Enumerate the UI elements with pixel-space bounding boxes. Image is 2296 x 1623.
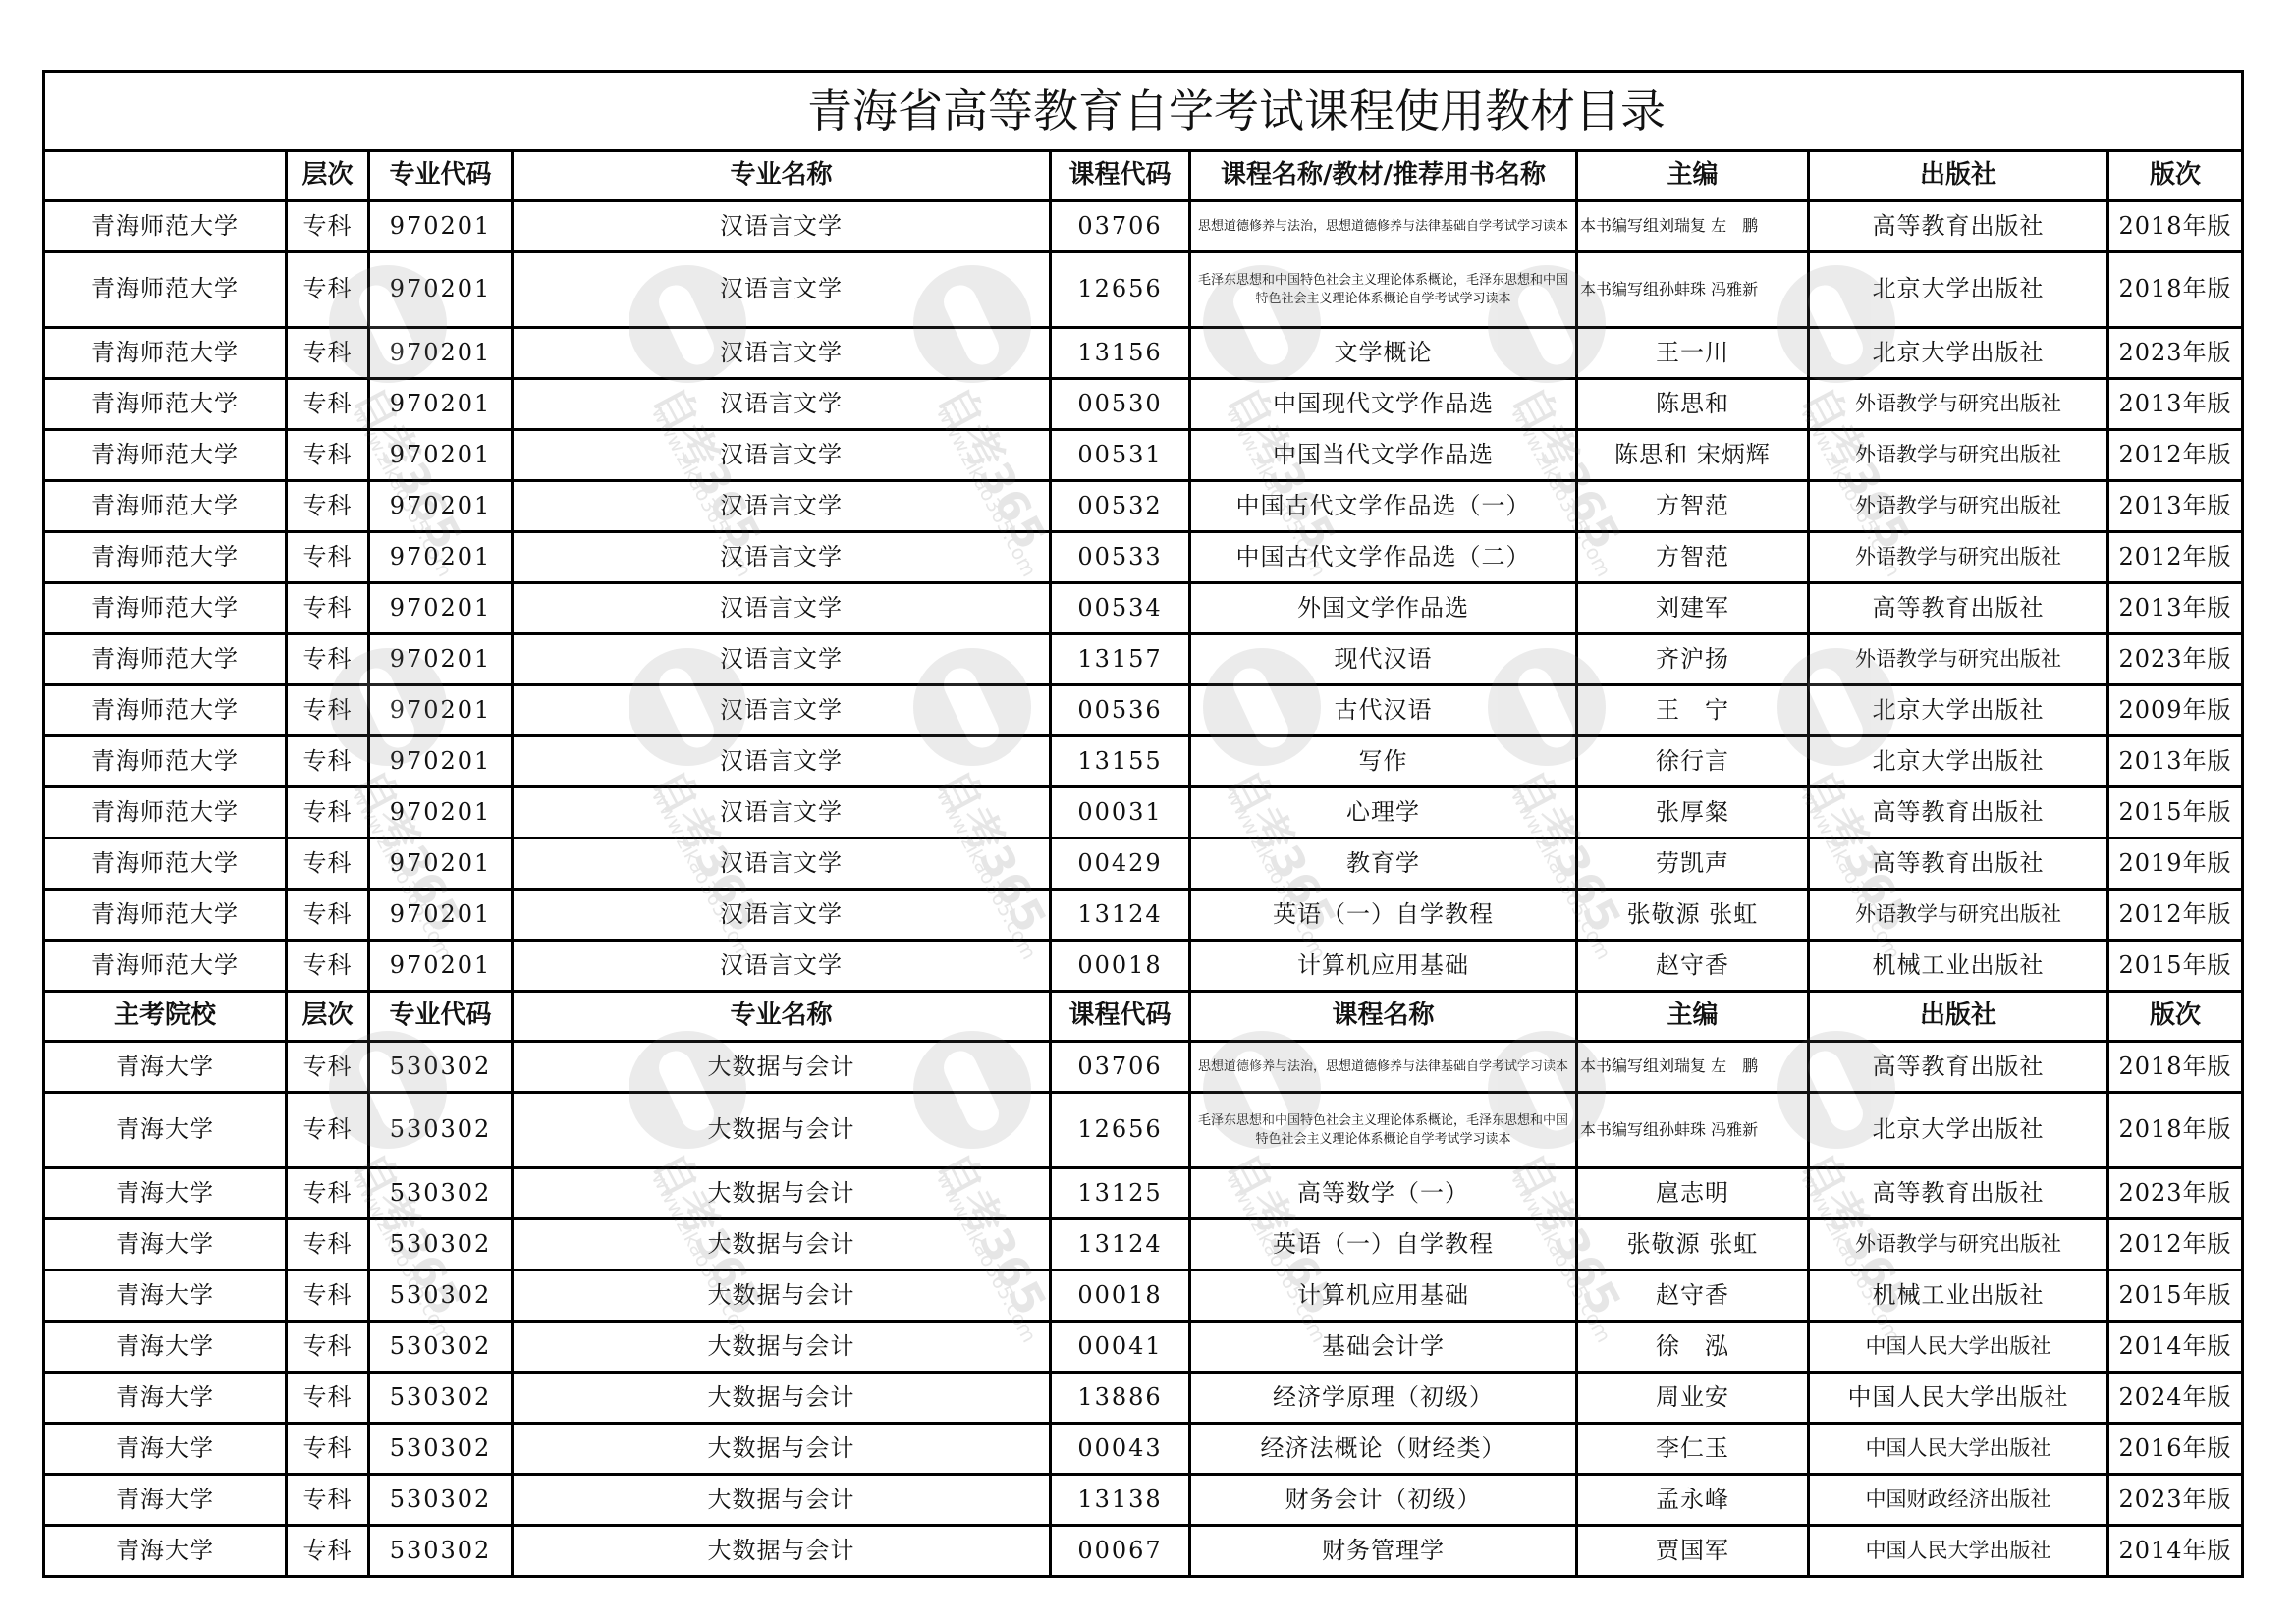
header-publisher: 出版社: [1809, 151, 2108, 201]
publisher-cell: 外语教学与研究出版社: [1809, 532, 2108, 583]
publisher-cell: 中国人民大学出版社: [1809, 1322, 2108, 1373]
major-code-cell: 530302: [369, 1424, 513, 1475]
header-course-name: 课程名称/教材/推荐用书名称: [1190, 151, 1577, 201]
major-code-cell: 530302: [369, 1042, 513, 1093]
major-code-cell: 530302: [369, 1219, 513, 1271]
header-course-code: 课程代码: [1051, 151, 1190, 201]
table-row: 青海师范大学专科970201汉语言文学00531中国当代文学作品选陈思和 宋炳辉…: [44, 430, 2243, 481]
school-cell: 青海师范大学: [44, 430, 287, 481]
level-cell: 专科: [287, 379, 369, 430]
header2-school: 主考院校: [44, 992, 287, 1042]
school-cell: 青海师范大学: [44, 328, 287, 379]
editor-cell: 王一川: [1577, 328, 1809, 379]
publisher-cell: 中国人民大学出版社: [1809, 1526, 2108, 1577]
table-row: 青海师范大学专科970201汉语言文学13156文学概论王一川北京大学出版社20…: [44, 328, 2243, 379]
editor-cell: 劳凯声: [1577, 839, 1809, 890]
course-name-cell: 基础会计学: [1190, 1322, 1577, 1373]
course-name-cell: 中国古代文学作品选（二）: [1190, 532, 1577, 583]
course-code-cell: 00018: [1051, 941, 1190, 992]
course-code-cell: 00031: [1051, 787, 1190, 839]
editor-cell: 周业安: [1577, 1373, 1809, 1424]
major-code-cell: 970201: [369, 430, 513, 481]
major-name-cell: 汉语言文学: [513, 890, 1051, 941]
edition-cell: 2018年版: [2108, 201, 2243, 252]
course-name-cell: 毛泽东思想和中国特色社会主义理论体系概论，毛泽东思想和中国特色社会主义理论体系概…: [1190, 252, 1577, 328]
level-cell: 专科: [287, 634, 369, 685]
edition-cell: 2013年版: [2108, 736, 2243, 787]
major-name-cell: 大数据与会计: [513, 1322, 1051, 1373]
header2-edition: 版次: [2108, 992, 2243, 1042]
editor-cell: 方智范: [1577, 481, 1809, 532]
course-code-cell: 00041: [1051, 1322, 1190, 1373]
course-name-cell: 外国文学作品选: [1190, 583, 1577, 634]
course-code-cell: 13124: [1051, 1219, 1190, 1271]
editor-cell: 王 宁: [1577, 685, 1809, 736]
school-cell: 青海师范大学: [44, 201, 287, 252]
course-name-cell: 经济学原理（初级）: [1190, 1373, 1577, 1424]
major-name-cell: 汉语言文学: [513, 839, 1051, 890]
table-row: 青海大学专科530302大数据与会计12656毛泽东思想和中国特色社会主义理论体…: [44, 1093, 2243, 1168]
editor-cell: 李仁玉: [1577, 1424, 1809, 1475]
header-row-1: 层次 专业代码 专业名称 课程代码 课程名称/教材/推荐用书名称 主编 出版社 …: [44, 151, 2243, 201]
school-cell: 青海师范大学: [44, 583, 287, 634]
course-name-cell: 思想道德修养与法治，思想道德修养与法律基础自学考试学习读本: [1190, 201, 1577, 252]
school-cell: 青海大学: [44, 1093, 287, 1168]
school-cell: 青海师范大学: [44, 839, 287, 890]
school-cell: 青海大学: [44, 1042, 287, 1093]
school-cell: 青海大学: [44, 1322, 287, 1373]
header2-publisher: 出版社: [1809, 992, 2108, 1042]
course-code-cell: 03706: [1051, 201, 1190, 252]
major-code-cell: 530302: [369, 1271, 513, 1322]
table-row: 青海大学专科530302大数据与会计00041基础会计学徐 泓中国人民大学出版社…: [44, 1322, 2243, 1373]
table-row: 青海大学专科530302大数据与会计00043经济法概论（财经类）李仁玉中国人民…: [44, 1424, 2243, 1475]
edition-cell: 2012年版: [2108, 532, 2243, 583]
level-cell: 专科: [287, 328, 369, 379]
course-code-cell: 13124: [1051, 890, 1190, 941]
publisher-cell: 外语教学与研究出版社: [1809, 379, 2108, 430]
school-cell: 青海师范大学: [44, 685, 287, 736]
course-code-cell: 13157: [1051, 634, 1190, 685]
table-row: 青海大学专科530302大数据与会计13886经济学原理（初级）周业安中国人民大…: [44, 1373, 2243, 1424]
course-name-cell: 财务管理学: [1190, 1526, 1577, 1577]
course-name-cell: 英语（一）自学教程: [1190, 890, 1577, 941]
major-code-cell: 530302: [369, 1373, 513, 1424]
editor-cell: 徐行言: [1577, 736, 1809, 787]
publisher-cell: 高等教育出版社: [1809, 839, 2108, 890]
major-code-cell: 970201: [369, 379, 513, 430]
level-cell: 专科: [287, 532, 369, 583]
level-cell: 专科: [287, 890, 369, 941]
major-code-cell: 970201: [369, 941, 513, 992]
major-name-cell: 大数据与会计: [513, 1475, 1051, 1526]
level-cell: 专科: [287, 1322, 369, 1373]
major-code-cell: 970201: [369, 890, 513, 941]
course-code-cell: 00536: [1051, 685, 1190, 736]
header2-editor: 主编: [1577, 992, 1809, 1042]
course-name-cell: 心理学: [1190, 787, 1577, 839]
major-code-cell: 970201: [369, 583, 513, 634]
header2-course-code: 课程代码: [1051, 992, 1190, 1042]
table-row: 青海师范大学专科970201汉语言文学00031心理学张厚粲高等教育出版社201…: [44, 787, 2243, 839]
table-row: 青海大学专科530302大数据与会计13125高等数学（一）扈志明高等教育出版社…: [44, 1168, 2243, 1219]
course-name-cell: 毛泽东思想和中国特色社会主义理论体系概论，毛泽东思想和中国特色社会主义理论体系概…: [1190, 1093, 1577, 1168]
editor-cell: 赵守香: [1577, 941, 1809, 992]
school-cell: 青海师范大学: [44, 890, 287, 941]
publisher-cell: 北京大学出版社: [1809, 685, 2108, 736]
major-code-cell: 530302: [369, 1526, 513, 1577]
editor-cell: 孟永峰: [1577, 1475, 1809, 1526]
course-code-cell: 00043: [1051, 1424, 1190, 1475]
level-cell: 专科: [287, 1271, 369, 1322]
edition-cell: 2013年版: [2108, 481, 2243, 532]
school-cell: 青海师范大学: [44, 941, 287, 992]
editor-cell: 贾国军: [1577, 1526, 1809, 1577]
school-cell: 青海大学: [44, 1219, 287, 1271]
course-name-cell: 财务会计（初级）: [1190, 1475, 1577, 1526]
editor-cell: 张厚粲: [1577, 787, 1809, 839]
edition-cell: 2013年版: [2108, 379, 2243, 430]
editor-cell: 本书编写组刘瑞复 左 鹏: [1577, 1042, 1809, 1093]
major-code-cell: 970201: [369, 252, 513, 328]
major-code-cell: 970201: [369, 532, 513, 583]
publisher-cell: 北京大学出版社: [1809, 252, 2108, 328]
page-title: 青海省高等教育自学考试课程使用教材目录: [44, 72, 2243, 151]
major-name-cell: 汉语言文学: [513, 583, 1051, 634]
course-code-cell: 00067: [1051, 1526, 1190, 1577]
major-code-cell: 530302: [369, 1093, 513, 1168]
edition-cell: 2013年版: [2108, 583, 2243, 634]
edition-cell: 2015年版: [2108, 787, 2243, 839]
major-code-cell: 970201: [369, 839, 513, 890]
table-row: 青海师范大学专科970201汉语言文学12656毛泽东思想和中国特色社会主义理论…: [44, 252, 2243, 328]
course-code-cell: 13156: [1051, 328, 1190, 379]
major-name-cell: 汉语言文学: [513, 328, 1051, 379]
course-name-cell: 写作: [1190, 736, 1577, 787]
level-cell: 专科: [287, 685, 369, 736]
publisher-cell: 外语教学与研究出版社: [1809, 481, 2108, 532]
table-row: 青海师范大学专科970201汉语言文学00536古代汉语王 宁北京大学出版社20…: [44, 685, 2243, 736]
table-row: 青海师范大学专科970201汉语言文学00532中国古代文学作品选（一）方智范外…: [44, 481, 2243, 532]
edition-cell: 2023年版: [2108, 1168, 2243, 1219]
publisher-cell: 高等教育出版社: [1809, 583, 2108, 634]
course-name-cell: 思想道德修养与法治，思想道德修养与法律基础自学考试学习读本: [1190, 1042, 1577, 1093]
header-major-code: 专业代码: [369, 151, 513, 201]
edition-cell: 2019年版: [2108, 839, 2243, 890]
course-code-cell: 13125: [1051, 1168, 1190, 1219]
editor-cell: 齐沪扬: [1577, 634, 1809, 685]
school-cell: 青海师范大学: [44, 481, 287, 532]
publisher-cell: 机械工业出版社: [1809, 1271, 2108, 1322]
level-cell: 专科: [287, 839, 369, 890]
edition-cell: 2024年版: [2108, 1373, 2243, 1424]
major-code-cell: 530302: [369, 1475, 513, 1526]
major-name-cell: 汉语言文学: [513, 685, 1051, 736]
table-row: 青海师范大学专科970201汉语言文学00530中国现代文学作品选陈思和外语教学…: [44, 379, 2243, 430]
publisher-cell: 外语教学与研究出版社: [1809, 634, 2108, 685]
major-code-cell: 970201: [369, 685, 513, 736]
course-code-cell: 00429: [1051, 839, 1190, 890]
level-cell: 专科: [287, 1424, 369, 1475]
table-row: 青海师范大学专科970201汉语言文学13155写作徐行言北京大学出版社2013…: [44, 736, 2243, 787]
major-code-cell: 970201: [369, 634, 513, 685]
table-row: 青海师范大学专科970201汉语言文学00018计算机应用基础赵守香机械工业出版…: [44, 941, 2243, 992]
level-cell: 专科: [287, 1219, 369, 1271]
table-row: 青海师范大学专科970201汉语言文学03706思想道德修养与法治，思想道德修养…: [44, 201, 2243, 252]
edition-cell: 2014年版: [2108, 1526, 2243, 1577]
edition-cell: 2014年版: [2108, 1322, 2243, 1373]
table-row: 青海师范大学专科970201汉语言文学00533中国古代文学作品选（二）方智范外…: [44, 532, 2243, 583]
publisher-cell: 北京大学出版社: [1809, 1093, 2108, 1168]
level-cell: 专科: [287, 1475, 369, 1526]
publisher-cell: 外语教学与研究出版社: [1809, 1219, 2108, 1271]
major-name-cell: 汉语言文学: [513, 532, 1051, 583]
major-name-cell: 大数据与会计: [513, 1373, 1051, 1424]
course-name-cell: 经济法概论（财经类）: [1190, 1424, 1577, 1475]
course-code-cell: 03706: [1051, 1042, 1190, 1093]
header2-major-name: 专业名称: [513, 992, 1051, 1042]
publisher-cell: 中国财政经济出版社: [1809, 1475, 2108, 1526]
course-name-cell: 英语（一）自学教程: [1190, 1219, 1577, 1271]
editor-cell: 刘建军: [1577, 583, 1809, 634]
major-code-cell: 970201: [369, 328, 513, 379]
course-name-cell: 教育学: [1190, 839, 1577, 890]
header-level: 层次: [287, 151, 369, 201]
level-cell: 专科: [287, 1042, 369, 1093]
edition-cell: 2015年版: [2108, 941, 2243, 992]
publisher-cell: 高等教育出版社: [1809, 1042, 2108, 1093]
level-cell: 专科: [287, 481, 369, 532]
course-code-cell: 00534: [1051, 583, 1190, 634]
major-name-cell: 大数据与会计: [513, 1526, 1051, 1577]
page-title-text: 青海省高等教育自学考试课程使用教材目录: [807, 84, 1666, 137]
editor-cell: 赵守香: [1577, 1271, 1809, 1322]
publisher-cell: 中国人民大学出版社: [1809, 1373, 2108, 1424]
table-row: 青海师范大学专科970201汉语言文学00534外国文学作品选刘建军高等教育出版…: [44, 583, 2243, 634]
header2-major-code: 专业代码: [369, 992, 513, 1042]
major-name-cell: 大数据与会计: [513, 1424, 1051, 1475]
course-name-cell: 中国现代文学作品选: [1190, 379, 1577, 430]
level-cell: 专科: [287, 1526, 369, 1577]
table-row: 青海大学专科530302大数据与会计13138财务会计（初级）孟永峰中国财政经济…: [44, 1475, 2243, 1526]
level-cell: 专科: [287, 1093, 369, 1168]
major-name-cell: 汉语言文学: [513, 379, 1051, 430]
course-name-cell: 计算机应用基础: [1190, 941, 1577, 992]
major-name-cell: 汉语言文学: [513, 787, 1051, 839]
major-name-cell: 汉语言文学: [513, 201, 1051, 252]
edition-cell: 2023年版: [2108, 1475, 2243, 1526]
course-code-cell: 12656: [1051, 252, 1190, 328]
major-code-cell: 970201: [369, 201, 513, 252]
major-code-cell: 970201: [369, 787, 513, 839]
course-code-cell: 00531: [1051, 430, 1190, 481]
major-code-cell: 970201: [369, 481, 513, 532]
editor-cell: 徐 泓: [1577, 1322, 1809, 1373]
table-row: 青海大学专科530302大数据与会计13124英语（一）自学教程张敬源 张虹外语…: [44, 1219, 2243, 1271]
editor-cell: 方智范: [1577, 532, 1809, 583]
edition-cell: 2012年版: [2108, 1219, 2243, 1271]
table-row: 青海大学专科530302大数据与会计00067财务管理学贾国军中国人民大学出版社…: [44, 1526, 2243, 1577]
level-cell: 专科: [287, 1168, 369, 1219]
table-row: 青海师范大学专科970201汉语言文学13124英语（一）自学教程张敬源 张虹外…: [44, 890, 2243, 941]
course-name-cell: 中国古代文学作品选（一）: [1190, 481, 1577, 532]
level-cell: 专科: [287, 736, 369, 787]
course-code-cell: 00533: [1051, 532, 1190, 583]
major-name-cell: 大数据与会计: [513, 1219, 1051, 1271]
course-name-cell: 高等数学（一）: [1190, 1168, 1577, 1219]
edition-cell: 2018年版: [2108, 252, 2243, 328]
major-name-cell: 大数据与会计: [513, 1271, 1051, 1322]
major-code-cell: 530302: [369, 1168, 513, 1219]
course-name-cell: 古代汉语: [1190, 685, 1577, 736]
course-name-cell: 文学概论: [1190, 328, 1577, 379]
school-cell: 青海大学: [44, 1271, 287, 1322]
major-code-cell: 970201: [369, 736, 513, 787]
course-name-cell: 中国当代文学作品选: [1190, 430, 1577, 481]
school-cell: 青海大学: [44, 1424, 287, 1475]
level-cell: 专科: [287, 941, 369, 992]
edition-cell: 2018年版: [2108, 1042, 2243, 1093]
level-cell: 专科: [287, 430, 369, 481]
edition-cell: 2009年版: [2108, 685, 2243, 736]
school-cell: 青海师范大学: [44, 736, 287, 787]
editor-cell: 陈思和: [1577, 379, 1809, 430]
school-cell: 青海师范大学: [44, 532, 287, 583]
major-name-cell: 大数据与会计: [513, 1042, 1051, 1093]
header-edition: 版次: [2108, 151, 2243, 201]
level-cell: 专科: [287, 583, 369, 634]
publisher-cell: 高等教育出版社: [1809, 1168, 2108, 1219]
editor-cell: 张敬源 张虹: [1577, 890, 1809, 941]
course-code-cell: 13155: [1051, 736, 1190, 787]
major-code-cell: 530302: [369, 1322, 513, 1373]
course-code-cell: 00532: [1051, 481, 1190, 532]
course-code-cell: 00018: [1051, 1271, 1190, 1322]
school-cell: 青海大学: [44, 1373, 287, 1424]
course-code-cell: 00530: [1051, 379, 1190, 430]
table-row: 青海师范大学专科970201汉语言文学13157现代汉语齐沪扬外语教学与研究出版…: [44, 634, 2243, 685]
edition-cell: 2023年版: [2108, 328, 2243, 379]
course-code-cell: 13886: [1051, 1373, 1190, 1424]
header-major-name: 专业名称: [513, 151, 1051, 201]
edition-cell: 2018年版: [2108, 1093, 2243, 1168]
edition-cell: 2015年版: [2108, 1271, 2243, 1322]
school-cell: 青海师范大学: [44, 252, 287, 328]
major-name-cell: 大数据与会计: [513, 1168, 1051, 1219]
major-name-cell: 汉语言文学: [513, 736, 1051, 787]
publisher-cell: 北京大学出版社: [1809, 736, 2108, 787]
edition-cell: 2023年版: [2108, 634, 2243, 685]
publisher-cell: 北京大学出版社: [1809, 328, 2108, 379]
major-name-cell: 大数据与会计: [513, 1093, 1051, 1168]
school-cell: 青海师范大学: [44, 379, 287, 430]
editor-cell: 本书编写组孙蚌珠 冯雅新: [1577, 252, 1809, 328]
publisher-cell: 高等教育出版社: [1809, 787, 2108, 839]
course-name-cell: 现代汉语: [1190, 634, 1577, 685]
major-name-cell: 汉语言文学: [513, 481, 1051, 532]
publisher-cell: 高等教育出版社: [1809, 201, 2108, 252]
title-row: 青海省高等教育自学考试课程使用教材目录: [44, 72, 2243, 151]
editor-cell: 陈思和 宋炳辉: [1577, 430, 1809, 481]
school-cell: 青海大学: [44, 1526, 287, 1577]
editor-cell: 本书编写组刘瑞复 左 鹏: [1577, 201, 1809, 252]
major-name-cell: 汉语言文学: [513, 634, 1051, 685]
edition-cell: 2016年版: [2108, 1424, 2243, 1475]
editor-cell: 本书编写组孙蚌珠 冯雅新: [1577, 1093, 1809, 1168]
header-school: [44, 151, 287, 201]
edition-cell: 2012年版: [2108, 890, 2243, 941]
major-name-cell: 汉语言文学: [513, 252, 1051, 328]
level-cell: 专科: [287, 201, 369, 252]
level-cell: 专科: [287, 787, 369, 839]
header-editor: 主编: [1577, 151, 1809, 201]
publisher-cell: 外语教学与研究出版社: [1809, 430, 2108, 481]
course-code-cell: 13138: [1051, 1475, 1190, 1526]
header-row-2: 主考院校层次专业代码专业名称课程代码课程名称主编出版社版次: [44, 992, 2243, 1042]
table-row: 青海大学专科530302大数据与会计03706思想道德修养与法治，思想道德修养与…: [44, 1042, 2243, 1093]
publisher-cell: 外语教学与研究出版社: [1809, 890, 2108, 941]
course-code-cell: 12656: [1051, 1093, 1190, 1168]
header2-course-name: 课程名称: [1190, 992, 1577, 1042]
school-cell: 青海大学: [44, 1168, 287, 1219]
textbook-catalog-table: 青海省高等教育自学考试课程使用教材目录 层次 专业代码 专业名称 课程代码 课程…: [42, 70, 2244, 1578]
level-cell: 专科: [287, 252, 369, 328]
publisher-cell: 机械工业出版社: [1809, 941, 2108, 992]
editor-cell: 张敬源 张虹: [1577, 1219, 1809, 1271]
table-row: 青海大学专科530302大数据与会计00018计算机应用基础赵守香机械工业出版社…: [44, 1271, 2243, 1322]
school-cell: 青海大学: [44, 1475, 287, 1526]
school-cell: 青海师范大学: [44, 787, 287, 839]
course-name-cell: 计算机应用基础: [1190, 1271, 1577, 1322]
catalog-sheet: 青海省高等教育自学考试课程使用教材目录 层次 专业代码 专业名称 课程代码 课程…: [42, 70, 2241, 1578]
major-name-cell: 汉语言文学: [513, 941, 1051, 992]
table-row: 青海师范大学专科970201汉语言文学00429教育学劳凯声高等教育出版社201…: [44, 839, 2243, 890]
school-cell: 青海师范大学: [44, 634, 287, 685]
level-cell: 专科: [287, 1373, 369, 1424]
edition-cell: 2012年版: [2108, 430, 2243, 481]
publisher-cell: 中国人民大学出版社: [1809, 1424, 2108, 1475]
major-name-cell: 汉语言文学: [513, 430, 1051, 481]
header2-level: 层次: [287, 992, 369, 1042]
editor-cell: 扈志明: [1577, 1168, 1809, 1219]
